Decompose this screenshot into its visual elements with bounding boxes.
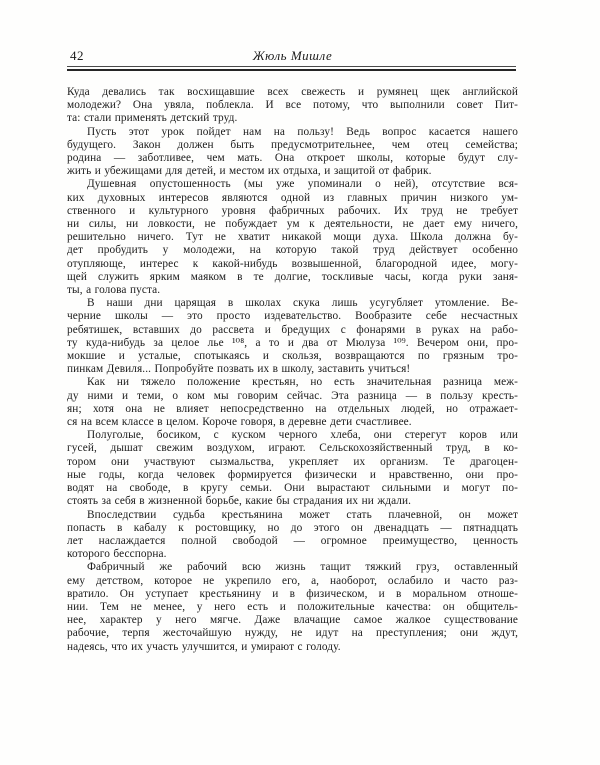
text-line: родина — заботливее, чем мать. Она откро…	[67, 152, 518, 165]
paragraph: В наши дни царящая в школах скука лишь у…	[67, 297, 518, 376]
text-line: дет пробудить у молодежи, на которую так…	[67, 244, 518, 257]
text-line: В наши дни царящая в школах скука лишь у…	[67, 297, 518, 310]
text-line: Душевная опустошенность (мы уже упоминал…	[67, 178, 518, 191]
text-line: жить и убежищами для детей, и местом их …	[67, 165, 518, 178]
text-line: ких духовных интересов являются одной из…	[67, 192, 518, 205]
text-line: отупляюще, интерес к какой-нибудь возвыш…	[67, 258, 518, 271]
book-page: 42 Жюль Мишле Куда девались так восхищав…	[0, 0, 600, 765]
text-line: которого бесспорна.	[67, 548, 518, 561]
text-line: та: стали применять детский труд.	[67, 112, 518, 125]
text-line: рабочие, терпя жесточайшую нужду, не иду…	[67, 627, 518, 640]
text-line: ни силы, ни ловкости, не побуждает ум к …	[67, 218, 518, 231]
text-line: Впоследствии судьба крестьянина может ст…	[67, 509, 518, 522]
text-line: мокшие и усталые, спотыкаясь и скользя, …	[67, 350, 518, 363]
text-line: водят на свободе, в кругу семьи. Они выр…	[67, 482, 518, 495]
text-line: будущего. Закон должен быть предусмотрит…	[67, 139, 518, 152]
text-line: стоять за себя в жизненной борьбе, какие…	[67, 495, 518, 508]
running-title: Жюль Мишле	[67, 48, 518, 64]
text-line: решительно ничего. Тут не хватит никакой…	[67, 231, 518, 244]
text-line: ян; хотя она не влияет непосредственно н…	[67, 403, 518, 416]
page-header: 42 Жюль Мишле	[67, 48, 518, 64]
text-line: Фабричный же рабочий всю жизнь тащит тяж…	[67, 561, 518, 574]
body-text: Куда девались так восхищавшие всех свеже…	[67, 86, 518, 654]
text-line: ты, а голова пуста.	[67, 284, 518, 297]
text-line: надеясь, что их участь улучшится, и умир…	[67, 641, 518, 654]
text-line: черние школы — это просто издевательство…	[67, 310, 518, 323]
text-line: ду ними и теми, о ком мы говорим сейчас.…	[67, 390, 518, 403]
text-line: ные годы, когда человек формируется физи…	[67, 469, 518, 482]
text-line: нее, характер у него мягче. Даже влачащи…	[67, 614, 518, 627]
paragraph: Душевная опустошенность (мы уже упоминал…	[67, 178, 518, 297]
text-line: Пусть этот урок пойдет нам на пользу! Ве…	[67, 126, 518, 139]
text-line: ребятишек, вставших до рассвета и бредущ…	[67, 324, 518, 337]
paragraph: Полуголые, босиком, с куском черного хле…	[67, 429, 518, 508]
paragraph: Куда девались так восхищавшие всех свеже…	[67, 86, 518, 126]
text-line: ственного и культурного уровня фабричных…	[67, 205, 518, 218]
text-line: щей служить ярким маяком в те долгие, то…	[67, 271, 518, 284]
text-line: попасть в кабалу к ростовщику, но до это…	[67, 522, 518, 535]
text-line: ему детством, которое не укрепило его, а…	[67, 575, 518, 588]
text-line: ту куда-нибудь за целое лье ¹⁰⁸, а то и …	[67, 337, 518, 350]
paragraph: Пусть этот урок пойдет нам на пользу! Ве…	[67, 126, 518, 179]
text-line: ся на всем классе в целом. Короче говоря…	[67, 416, 518, 429]
text-line: Как ни тяжело положение крестьян, но ест…	[67, 376, 518, 389]
text-line: Полуголые, босиком, с куском черного хле…	[67, 429, 518, 442]
text-line: молодежи? Она увяла, поблекла. И все пот…	[67, 99, 518, 112]
paragraph: Фабричный же рабочий всю жизнь тащит тяж…	[67, 561, 518, 653]
paragraph: Как ни тяжело положение крестьян, но ест…	[67, 376, 518, 429]
text-line: пинкам Девиля... Попробуйте позвать их в…	[67, 363, 518, 376]
paragraph: Впоследствии судьба крестьянина может ст…	[67, 509, 518, 562]
text-line: гусей, дышат свежим воздухом, играют. Се…	[67, 442, 518, 455]
text-line: тором они участвуют сызмальства, укрепля…	[67, 456, 518, 469]
text-line: вратило. Он уступает крестьянину и в физ…	[67, 588, 518, 601]
header-rule	[67, 66, 516, 71]
text-line: Куда девались так восхищавшие всех свеже…	[67, 86, 518, 99]
text-line: нии. Тем не менее, у него есть и положит…	[67, 601, 518, 614]
text-line: лет наслаждается полной свободой — огром…	[67, 535, 518, 548]
